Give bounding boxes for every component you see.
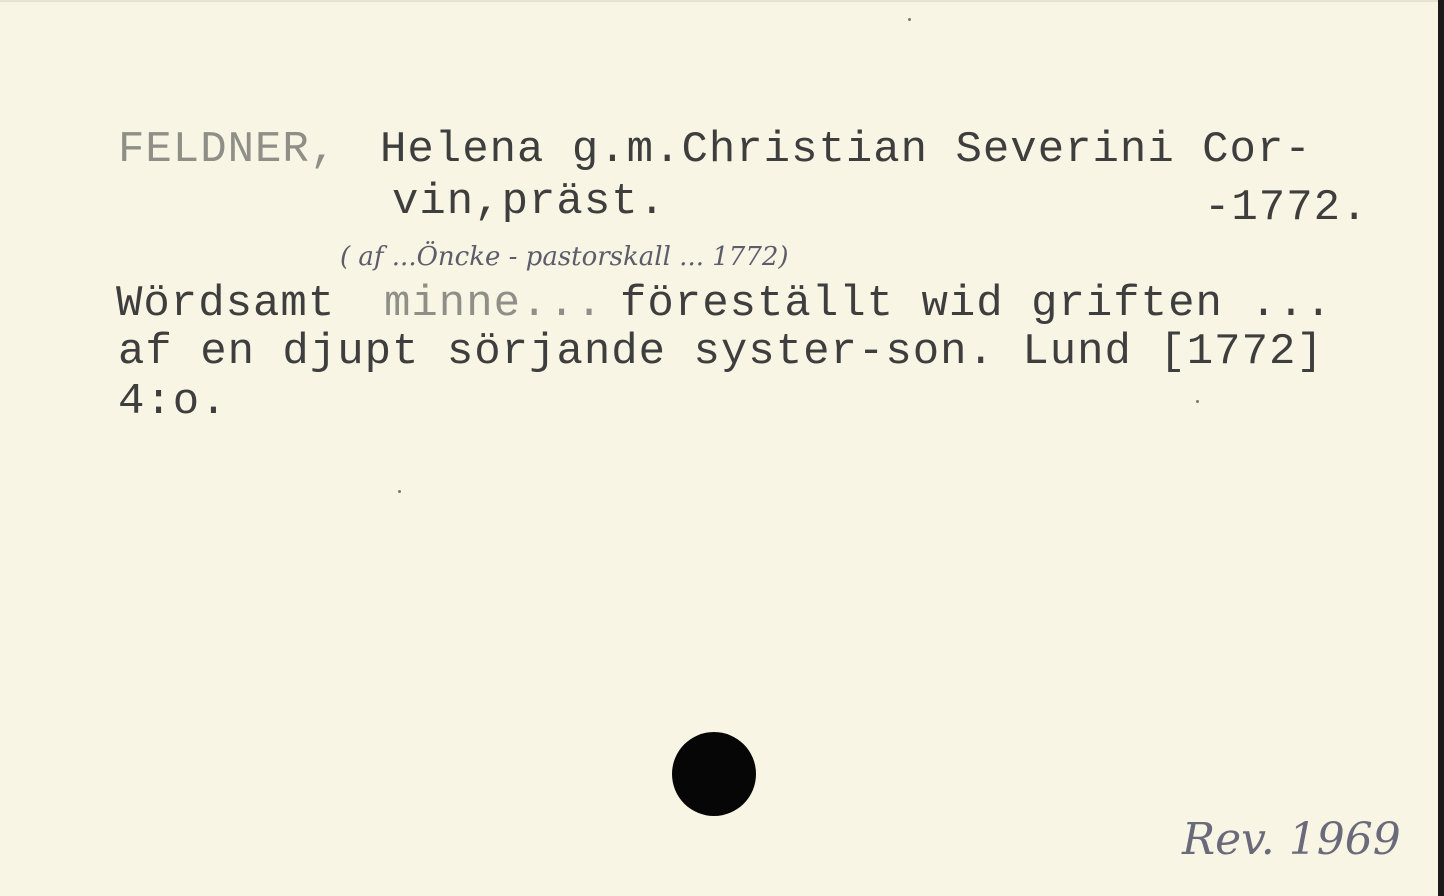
title-line1-mid: minne...	[384, 282, 603, 326]
author-name-line1: Helena g.m.Christian Severini Cor-	[380, 128, 1312, 172]
format-line: 4:o.	[118, 380, 228, 424]
stray-mark	[908, 18, 911, 21]
punch-hole	[672, 732, 756, 816]
death-year: -1772.	[1204, 186, 1368, 230]
author-name-line2: vin,präst.	[392, 180, 666, 224]
revision-note: Rev. 1969	[1182, 818, 1401, 862]
title-line1-start: Wördsamt	[116, 282, 335, 326]
title-line1-end: föreställt wid griften ...	[620, 282, 1333, 326]
author-surname: FELDNER,	[118, 128, 337, 172]
handwritten-insertion: ( af ...Öncke - pastorskall ... 1772)	[340, 244, 789, 270]
catalog-card: FELDNER, Helena g.m.Christian Severini C…	[0, 0, 1444, 896]
card-top-edge	[0, 0, 1444, 2]
card-right-edge	[1438, 0, 1444, 896]
stray-mark	[1196, 400, 1199, 403]
stray-mark	[398, 490, 401, 493]
title-line2: af en djupt sörjande syster-son. Lund [1…	[118, 330, 1324, 374]
